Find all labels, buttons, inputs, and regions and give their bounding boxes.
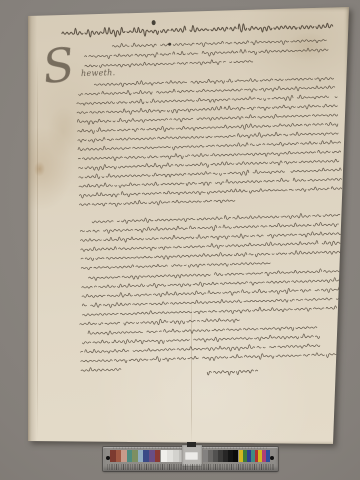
handwriting-line bbox=[77, 103, 337, 116]
handwriting-line bbox=[80, 222, 340, 235]
handwriting-line bbox=[84, 47, 328, 59]
center-tab bbox=[182, 445, 202, 466]
handwriting-line bbox=[81, 249, 344, 261]
handwriting-layer: S heweth. bbox=[27, 0, 360, 444]
manuscript-page-wrapper: S heweth. bbox=[28, 7, 349, 444]
handwriting-line bbox=[78, 149, 341, 162]
registration-dot-left bbox=[106, 456, 110, 460]
handwriting-line bbox=[80, 231, 340, 244]
handwriting-line bbox=[88, 268, 340, 280]
handwriting-line bbox=[77, 112, 337, 124]
handwriting-line bbox=[80, 343, 319, 355]
handwriting-line bbox=[81, 261, 270, 270]
handwriting-line bbox=[78, 158, 341, 171]
registration-dot-right bbox=[270, 456, 274, 460]
handwriting-line bbox=[62, 21, 333, 38]
handwriting-line bbox=[77, 94, 337, 106]
handwriting-line bbox=[80, 317, 240, 327]
handwriting-line bbox=[78, 140, 341, 153]
color-patch-group-right bbox=[239, 450, 270, 462]
color-calibration-target bbox=[103, 447, 278, 471]
handwriting-line bbox=[81, 352, 337, 364]
handwriting-line bbox=[207, 370, 258, 376]
ink-blots bbox=[27, 0, 357, 8]
manuscript-page: S heweth. bbox=[28, 7, 349, 444]
handwriting-line bbox=[82, 296, 345, 308]
handwriting-line bbox=[79, 176, 342, 188]
center-tab-white-chip bbox=[185, 452, 198, 460]
ruler-ticks-bottom bbox=[107, 464, 274, 470]
ink-blot bbox=[152, 20, 156, 25]
handwriting-line bbox=[82, 287, 342, 300]
handwriting-line bbox=[77, 121, 337, 134]
handwriting-line bbox=[94, 76, 333, 88]
handwriting-line bbox=[88, 325, 317, 336]
handwriting-line bbox=[79, 167, 342, 180]
grayscale-ramp-dark bbox=[203, 450, 238, 462]
handwriting-strokes bbox=[27, 0, 360, 444]
handwriting-line bbox=[79, 85, 335, 97]
color-patch-group-left bbox=[110, 450, 160, 462]
handwriting-line bbox=[79, 186, 342, 198]
salutation-initial-flourish: S bbox=[40, 41, 77, 90]
handwriting-line bbox=[112, 38, 326, 49]
handwriting-line bbox=[92, 212, 340, 224]
handwriting-line bbox=[82, 334, 319, 346]
salutation-word: heweth. bbox=[81, 69, 116, 78]
handwriting-line bbox=[78, 131, 338, 143]
handwriting-line bbox=[81, 240, 344, 253]
center-tab-mark bbox=[187, 442, 196, 447]
ink-blot bbox=[168, 43, 171, 46]
scanned-manuscript-photo: S heweth. bbox=[0, 0, 360, 480]
grayscale-patch bbox=[233, 450, 238, 462]
handwriting-line bbox=[79, 198, 234, 207]
handwriting-line bbox=[82, 277, 342, 289]
handwriting-line bbox=[82, 305, 345, 318]
color-patch bbox=[155, 450, 161, 462]
handwriting-line bbox=[81, 367, 121, 372]
handwriting-line bbox=[85, 59, 253, 68]
